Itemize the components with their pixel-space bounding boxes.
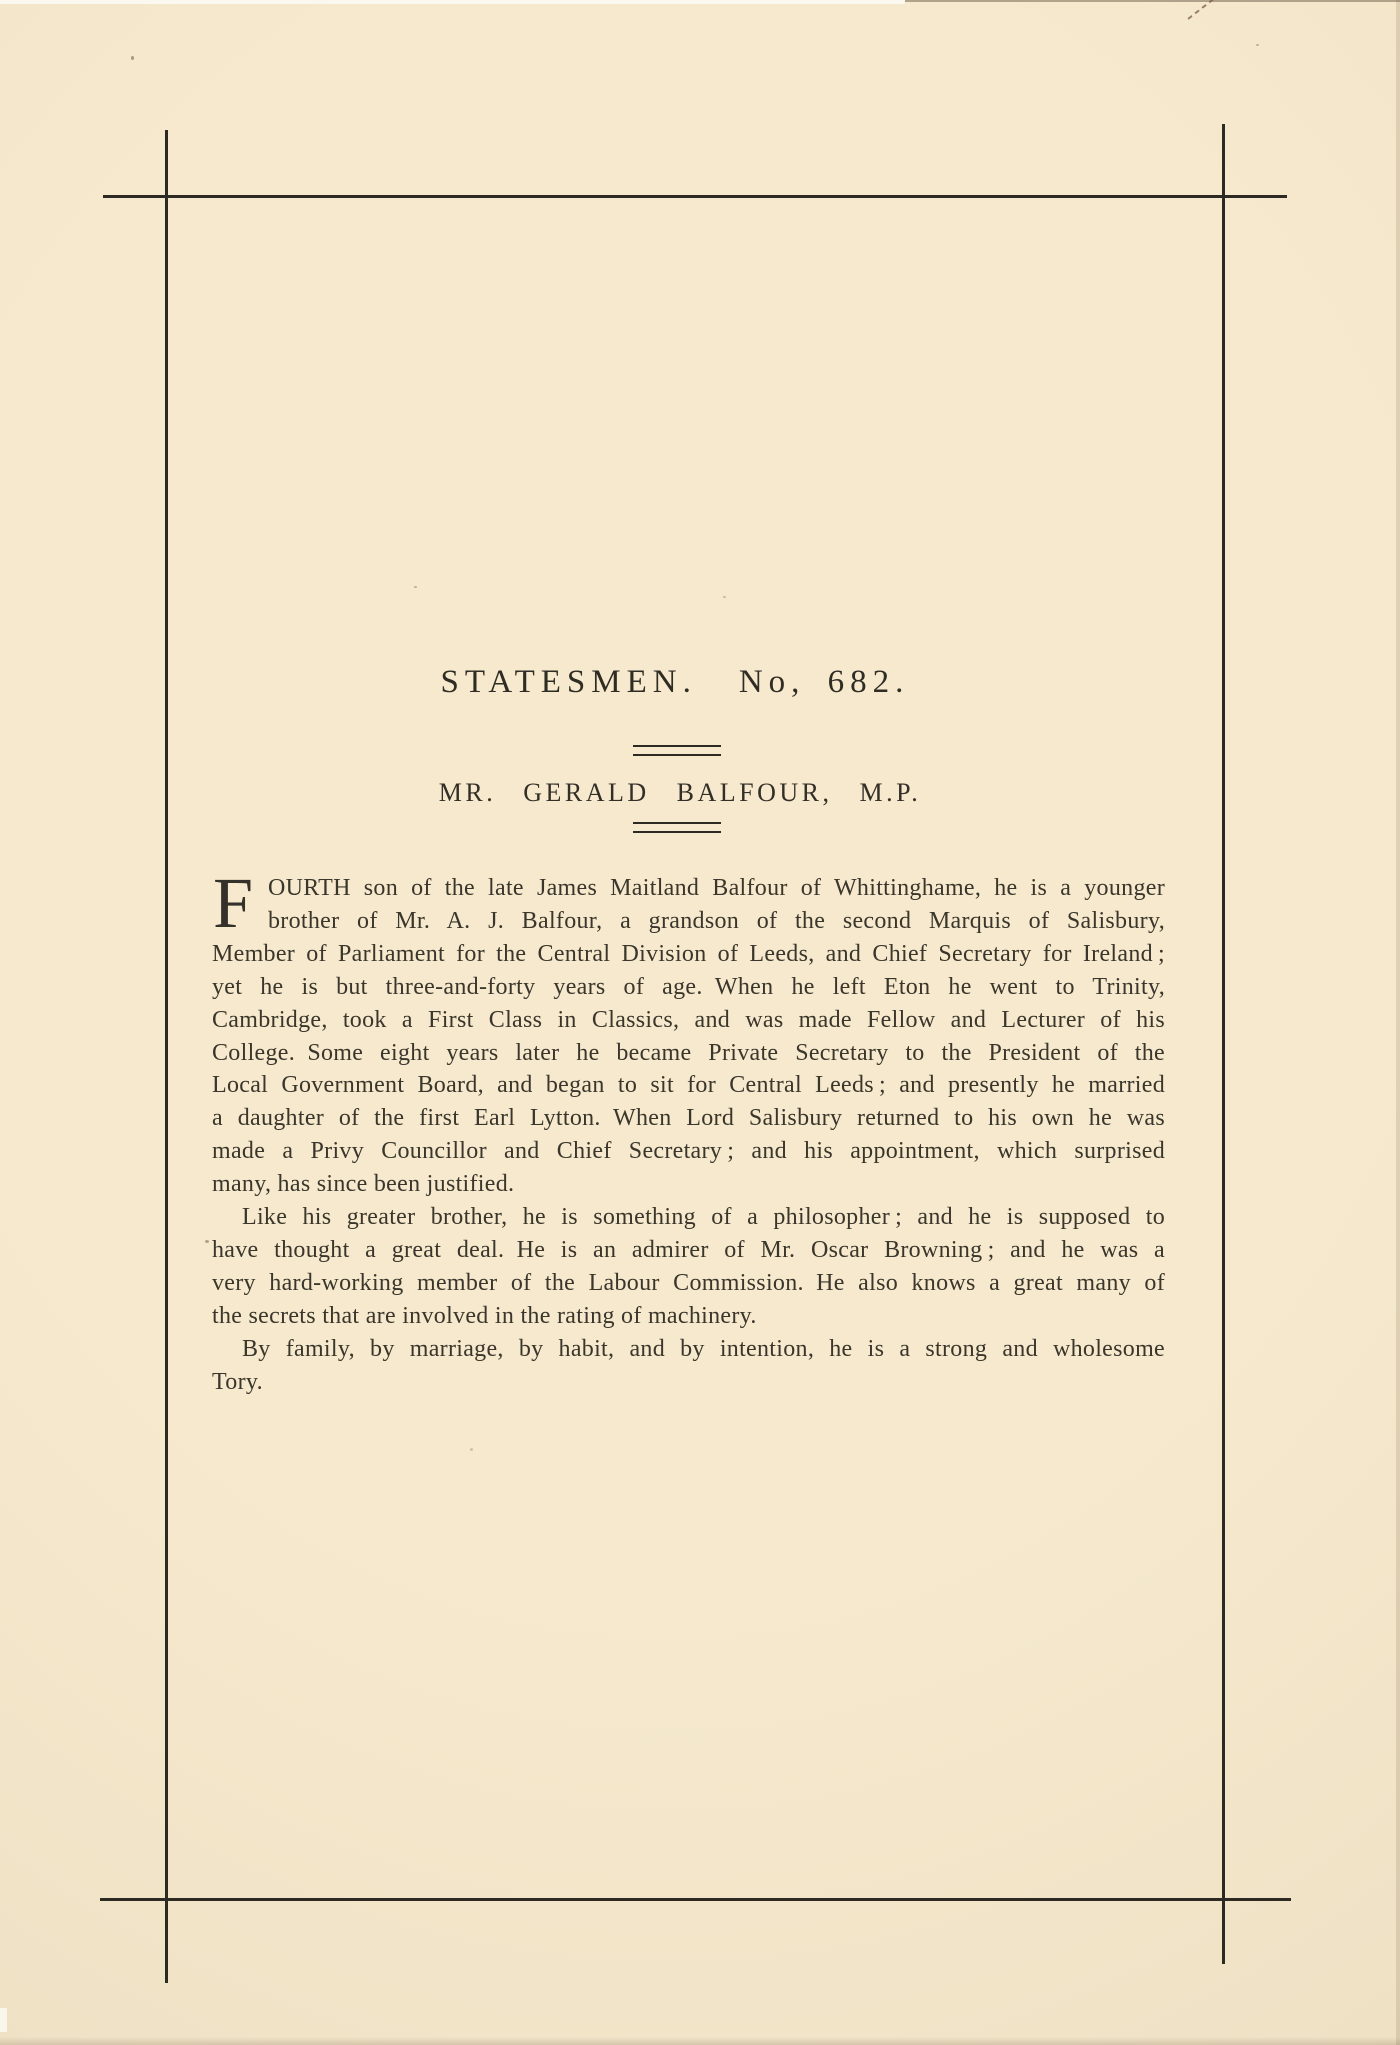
body-line: College. Some eight years later he becam… xyxy=(212,1037,1165,1070)
paper-speck xyxy=(723,596,726,598)
series-title-row: STATESMEN.No, 682. xyxy=(167,664,1183,701)
body-line: Like his greater brother, he is somethin… xyxy=(212,1201,1165,1234)
body-line: a daughter of the first Earl Lytton. Whe… xyxy=(212,1102,1165,1135)
scan-edge-top-dark xyxy=(905,0,1400,2)
scan-corner-chip xyxy=(0,2008,7,2032)
frame-rule-left xyxy=(165,130,168,1983)
series-title: STATESMEN. xyxy=(441,664,697,700)
paragraph-1: F OURTH son of the late James Maitland B… xyxy=(212,872,1165,1201)
scan-edge-top-light xyxy=(0,0,905,4)
body-line: very hard-working member of the Labour C… xyxy=(212,1267,1165,1300)
double-rule-divider xyxy=(633,822,721,833)
body-line: Member of Parliament for the Central Div… xyxy=(212,938,1165,971)
body-line: brother of Mr. A. J. Balfour, a grandson… xyxy=(212,905,1165,938)
pen-mark xyxy=(1187,0,1218,20)
scan-edge-right xyxy=(1396,0,1400,2045)
paragraph-3: By family, by marriage, by habit, and by… xyxy=(212,1333,1165,1399)
paper-speck xyxy=(131,56,134,60)
paper-speck xyxy=(1256,44,1259,46)
body-line: have thought a great deal. He is an admi… xyxy=(212,1234,1165,1267)
body-line: Local Government Board, and began to sit… xyxy=(212,1069,1165,1102)
double-rule-divider xyxy=(633,745,721,756)
paper-speck xyxy=(414,586,417,588)
body-line: the secrets that are involved in the rat… xyxy=(212,1300,1165,1333)
paragraph-2: Like his greater brother, he is somethin… xyxy=(212,1201,1165,1333)
dropcap-letter: F xyxy=(213,877,259,929)
body-line: yet he is but three-and-forty years of a… xyxy=(212,971,1165,1004)
paper-speck xyxy=(470,1448,473,1451)
frame-rule-right xyxy=(1222,124,1225,1964)
scan-edge-bottom xyxy=(0,2037,1400,2045)
paper-speck xyxy=(205,1240,209,1243)
issue-number: No, 682. xyxy=(739,664,910,700)
frame-rule-bottom xyxy=(100,1898,1291,1901)
body-line: By family, by marriage, by habit, and by… xyxy=(212,1333,1165,1366)
subject-name: MR. GERALD BALFOUR, M.P. xyxy=(167,778,1193,808)
body-line: many, has since been justified. xyxy=(212,1168,1165,1201)
body-line: Cambridge, took a First Class in Classic… xyxy=(212,1004,1165,1037)
body-line: OURTH son of the late James Maitland Bal… xyxy=(212,872,1165,905)
body-line: Tory. xyxy=(212,1366,1165,1399)
document-page: STATESMEN.No, 682. MR. GERALD BALFOUR, M… xyxy=(0,0,1400,2045)
body-line: made a Privy Councillor and Chief Secret… xyxy=(212,1135,1165,1168)
article-body: F OURTH son of the late James Maitland B… xyxy=(212,872,1165,1399)
frame-rule-top xyxy=(103,195,1287,198)
